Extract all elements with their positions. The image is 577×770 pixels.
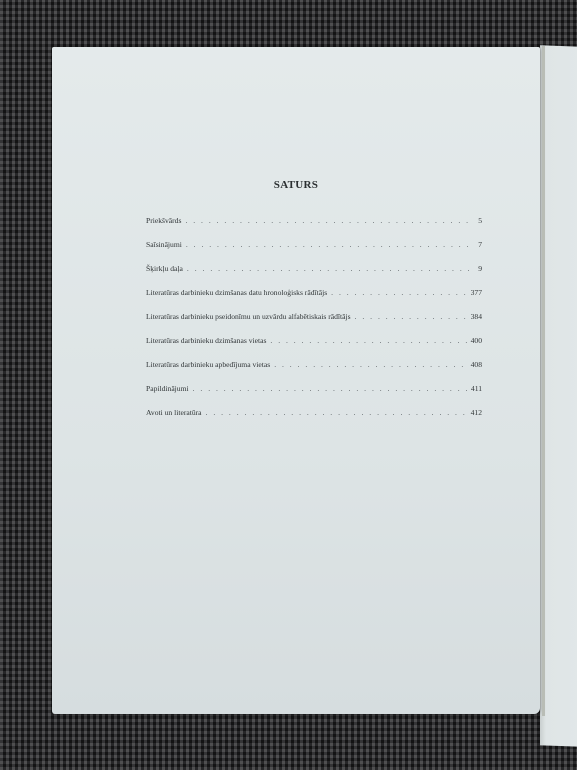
leader-dots [187,264,474,273]
toc-entry-label: Literatūras darbinieku pseidonīmu un uzv… [146,312,351,321]
toc-entry-label: Literatūras darbinieku dzimšanas vietas [146,336,266,345]
toc-entry-page: 411 [471,384,482,393]
leader-dots [186,240,474,249]
leader-dots [355,312,467,321]
toc-entry-page: 384 [471,312,482,321]
toc-entry-label: Literatūras darbinieku dzimšanas datu hr… [146,288,327,297]
toc-entry-page: 412 [471,408,482,417]
leader-dots [331,288,466,297]
toc-entry-page: 5 [478,216,482,225]
leader-dots [185,216,474,225]
book-page [52,47,540,714]
page-binding [542,46,545,716]
leader-dots [274,360,466,369]
toc-entry-page: 7 [478,240,482,249]
toc-entry: Priekšvārds 5 [146,216,482,225]
toc-entry: Avoti un literatūra 412 [146,408,482,417]
leader-dots [270,336,466,345]
toc-entry: Saīsinājumi 7 [146,240,482,249]
leader-dots [193,384,467,393]
toc-entry-label: Literatūras darbinieku apbedījuma vietas [146,360,270,369]
toc-entry-label: Šķirkļu daļa [146,264,183,273]
toc-entry-page: 408 [471,360,482,369]
adjacent-page [540,45,577,746]
toc-entry-page: 9 [478,264,482,273]
toc-entry-label: Papildinājumi [146,384,189,393]
toc-entry-label: Avoti un literatūra [146,408,202,417]
toc-entry-page: 400 [471,336,482,345]
toc-entry: Papildinājumi 411 [146,384,482,393]
page-title: SATURS [52,179,540,191]
toc-entry: Literatūras darbinieku dzimšanas datu hr… [146,288,482,297]
toc-entry-label: Priekšvārds [146,216,181,225]
toc-entry-page: 377 [471,288,482,297]
toc-entry: Literatūras darbinieku pseidonīmu un uzv… [146,312,482,321]
leader-dots [206,408,467,417]
toc-entry: Literatūras darbinieku apbedījuma vietas… [146,360,482,369]
toc-entry: Šķirkļu daļa 9 [146,264,482,273]
toc-entry-label: Saīsinājumi [146,240,182,249]
toc-entry: Literatūras darbinieku dzimšanas vietas … [146,336,482,345]
